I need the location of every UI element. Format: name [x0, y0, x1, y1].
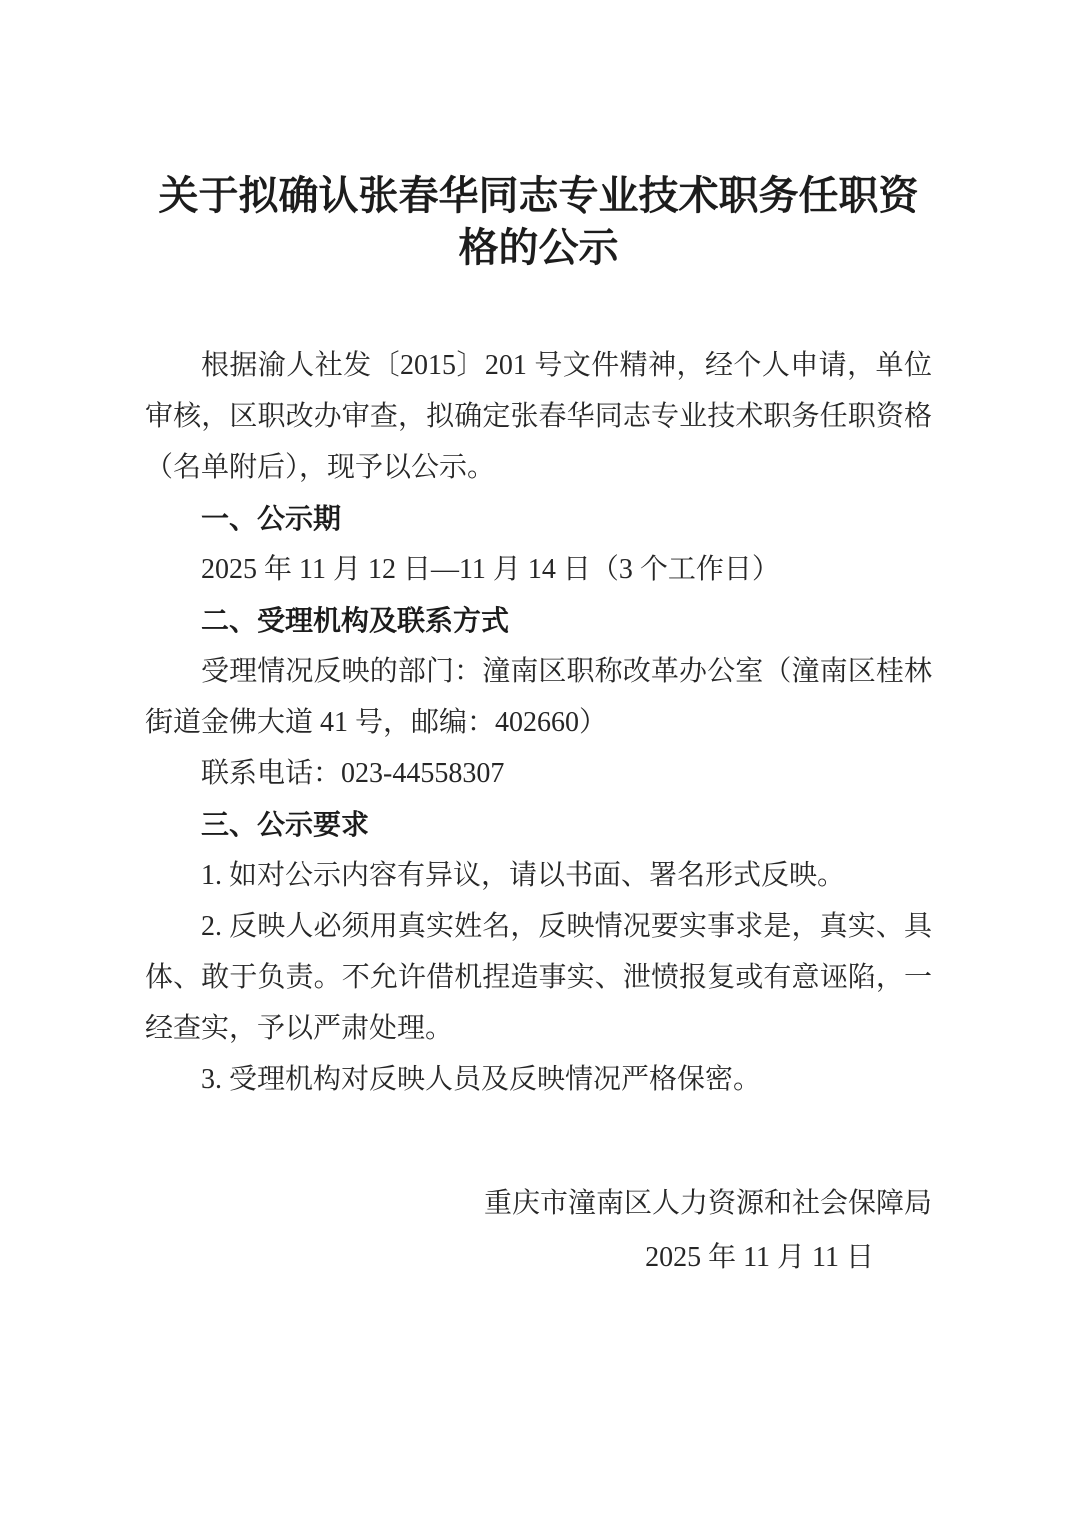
- intro-paragraph: 根据渝人社发〔2015〕201 号文件精神，经个人申请，单位审核，区职改办审查，…: [145, 340, 932, 493]
- section-3-item-3: 3. 受理机构对反映人员及反映情况严格保密。: [145, 1054, 932, 1105]
- document-page: 关于拟确认张春华同志专业技术职务任职资格的公示 根据渝人社发〔2015〕201 …: [0, 0, 1074, 1520]
- section-2-heading: 二、受理机构及联系方式: [145, 595, 932, 646]
- signature-block: 重庆市潼南区人力资源和社会保障局 2025 年 11 月 11 日: [145, 1177, 932, 1285]
- document-title: 关于拟确认张春华同志专业技术职务任职资格的公示: [145, 170, 932, 274]
- section-2-phone-line: 联系电话：023-44558307: [145, 748, 932, 799]
- section-3-item-2: 2. 反映人必须用真实姓名，反映情况要实事求是，真实、具体、敢于负责。不允许借机…: [145, 901, 932, 1054]
- section-2-department-line: 受理情况反映的部门：潼南区职称改革办公室（潼南区桂林街道金佛大道 41 号，邮编…: [145, 646, 932, 748]
- signature-date: 2025 年 11 月 11 日: [145, 1231, 932, 1285]
- section-1-heading: 一、公示期: [145, 493, 932, 544]
- section-3-item-1: 1. 如对公示内容有异议，请以书面、署名形式反映。: [145, 850, 932, 901]
- signature-organization: 重庆市潼南区人力资源和社会保障局: [145, 1177, 932, 1231]
- section-3-heading: 三、公示要求: [145, 799, 932, 850]
- section-1-publicity-period: 2025 年 11 月 12 日—11 月 14 日（3 个工作日）: [145, 544, 932, 595]
